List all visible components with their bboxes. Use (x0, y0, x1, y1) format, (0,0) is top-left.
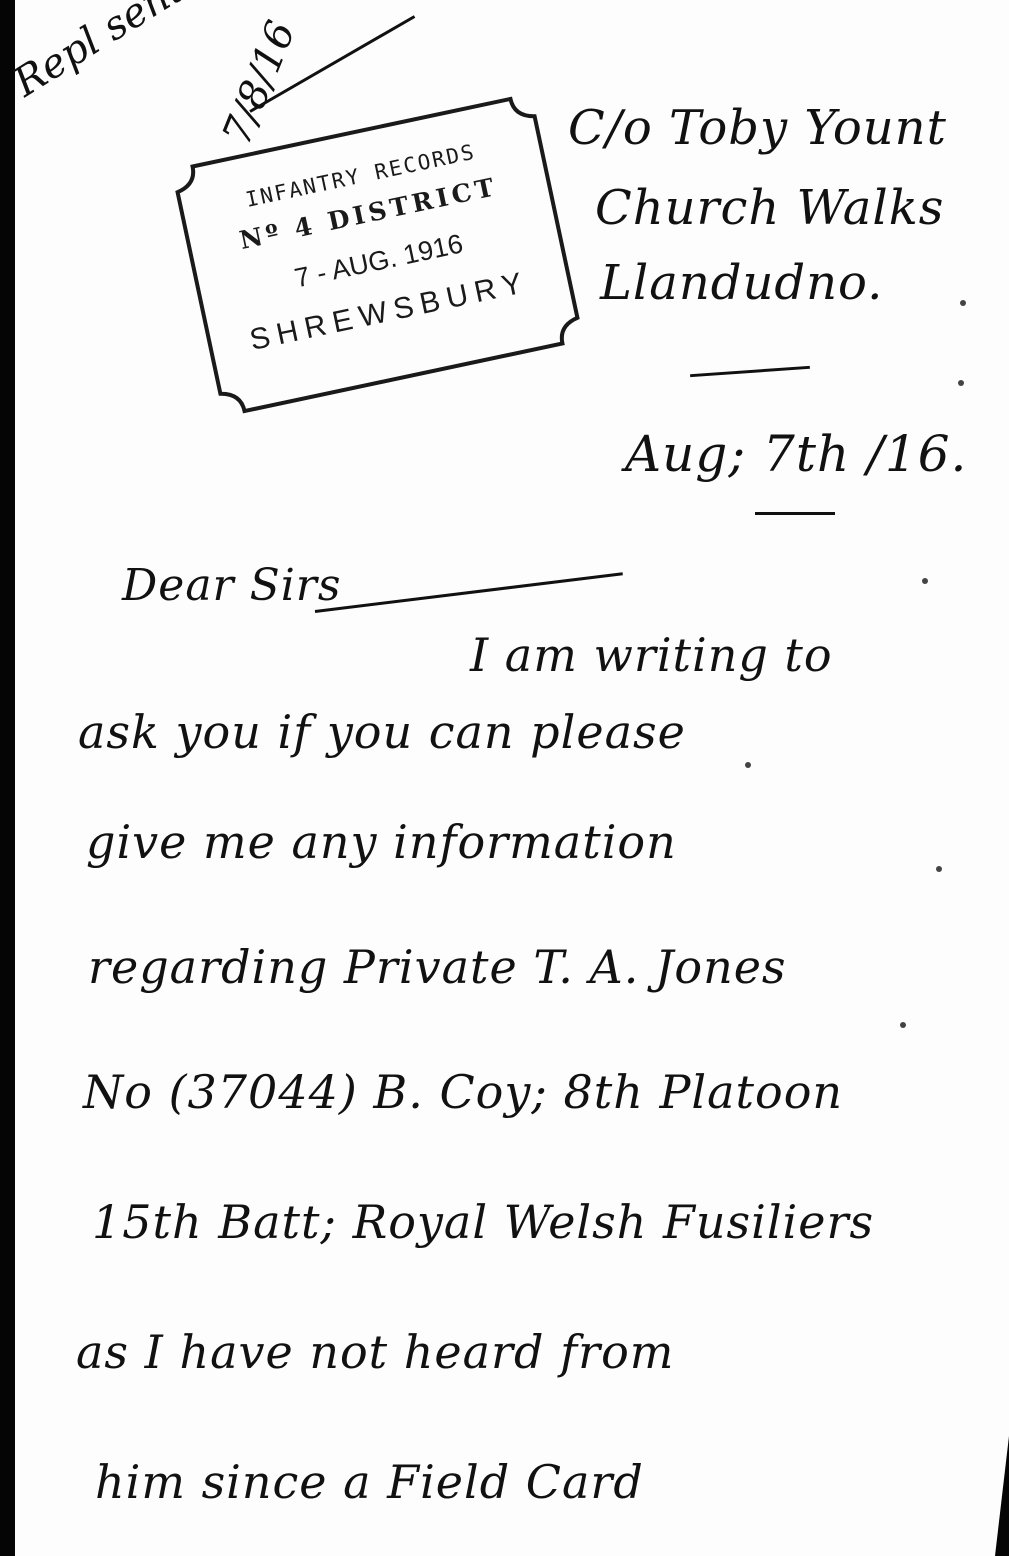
date-underline (755, 512, 835, 515)
body-line-2: ask you if you can please (78, 705, 686, 759)
scan-speck (922, 578, 928, 584)
scan-speck (960, 300, 966, 306)
salutation-underline (315, 572, 623, 613)
body-line-7: as I have not heard from (76, 1325, 674, 1379)
body-line-3: give me any information (86, 815, 677, 869)
reply-sent-annotation: Repl sent (6, 0, 192, 106)
body-line-4: regarding Private T. A. Jones (88, 940, 787, 994)
address-line-1: C/o Toby Yount (568, 100, 947, 156)
body-line-1: I am writing to (470, 628, 833, 682)
address-line-3: Llandudno. (600, 255, 883, 311)
scan-left-border (0, 0, 15, 1556)
scan-speck (936, 866, 942, 872)
scan-corner-shadow (995, 1436, 1009, 1556)
salutation: Dear Sirs (122, 560, 341, 611)
address-line-2: Church Walks (595, 180, 944, 236)
body-line-5: No (37044) B. Coy; 8th Platoon (83, 1065, 843, 1119)
body-line-6: 15th Batt; Royal Welsh Fusiliers (92, 1195, 874, 1249)
scan-speck (958, 380, 964, 386)
scan-speck (745, 762, 751, 768)
letter-date: Aug; 7th /16. (625, 425, 967, 483)
body-line-8: him since a Field Card (95, 1455, 644, 1509)
address-underline (690, 366, 810, 377)
reply-sent-date: 7/8/16 (214, 15, 305, 152)
scan-speck (900, 1022, 906, 1028)
